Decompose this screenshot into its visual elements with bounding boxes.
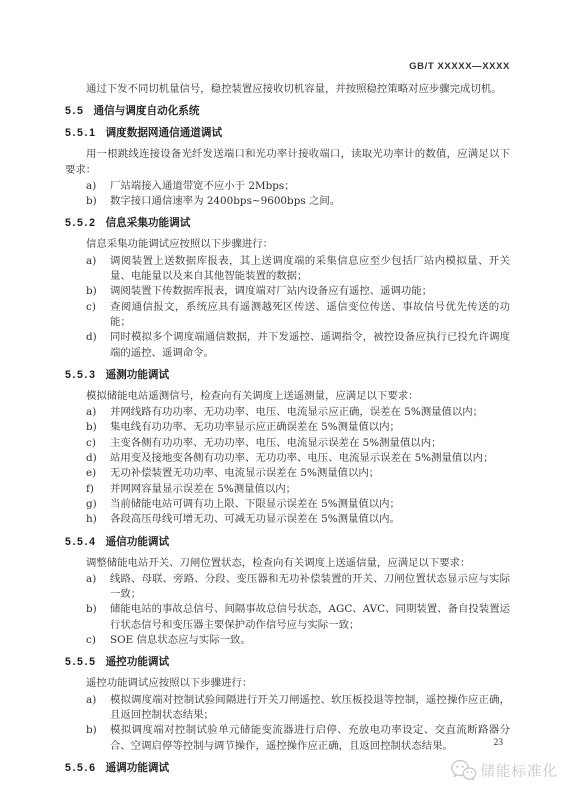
- list-item-label: b): [86, 723, 110, 754]
- list-item: a)调阅装置上送数据库报表，其上送调度端的采集信息应至少包括厂站内模拟量、开关量…: [65, 254, 510, 285]
- section-paragraph: 遥控功能调试应按照以下步骤进行：: [65, 676, 510, 691]
- page-number: 23: [494, 738, 504, 748]
- section-number: 5.5.2: [65, 217, 97, 229]
- section-heading-5.5.3: 5.5.3遥测功能调试: [65, 368, 510, 383]
- list-item-label: c): [86, 436, 110, 451]
- section-number: 5.5.1: [65, 127, 97, 139]
- list-item-text: SOE 信息状态应与实际一致。: [110, 633, 510, 648]
- list-item: a)线路、母联、旁路、分段、变压器和无功补偿装置的开关、刀闸位置状态显示应与实际…: [65, 572, 510, 603]
- list-item-text: 集电线有功功率、无功功率显示应正确误差在 5%测量值以内；: [110, 420, 510, 435]
- list-item-text: 查阅通信报文，系统应具有遥测越死区传送、遥信变位传送、事故信号优先传送的功能；: [110, 300, 510, 331]
- list-item-label: c): [86, 300, 110, 331]
- section-heading-5.5.2: 5.5.2信息采集功能调试: [65, 216, 510, 231]
- section-paragraph: 用一根跳线连接设备光纤发送端口和光功率计接收端口，读取光功率计的数值，应满足以下…: [65, 147, 510, 178]
- section-title: 调度数据网通信通道调试: [106, 127, 223, 139]
- list-item: a)模拟调度端对控制试验间隔进行开关刀闸遥控、软压板投退等控制，遥控操作应正确，…: [65, 693, 510, 724]
- section-heading-5.5.1: 5.5.1调度数据网通信通道调试: [65, 126, 510, 141]
- section-number: 5.5: [65, 105, 85, 117]
- list-item-label: a): [86, 693, 110, 724]
- section-number: 5.5.6: [65, 762, 97, 774]
- list-item-text: 无功补偿装置无功功率、电流显示误差在 5%测量值以内；: [110, 466, 510, 481]
- list-item: b)储能电站的事故总信号、间隔事故总信号状态，AGC、AVC、同期装置、备自投装…: [65, 602, 510, 633]
- list-item-text: 调阅装置上送数据库报表，其上送调度端的采集信息应至少包括厂站内模拟量、开关量、电…: [110, 254, 510, 285]
- list-item: b)调阅装置下传数据库报表，调度端对厂站内设备应有遥控、遥调功能；: [65, 284, 510, 299]
- list-item-text: 主变各侧有功功率、无功功率、电压、电流显示误差在 5%测量值以内；: [110, 436, 510, 451]
- section-heading-5.5: 5.5通信与调度自动化系统: [65, 104, 510, 119]
- list-item-text: 模拟调度端对控制试验单元储能变流器进行启停、充放电功率设定、交直流断路器分合、空…: [110, 723, 510, 754]
- list-item-label: d): [86, 330, 110, 361]
- section-title: 遥测功能调试: [106, 369, 170, 381]
- list-item-label: d): [86, 451, 110, 466]
- list-item: c)主变各侧有功功率、无功功率、电压、电流显示误差在 5%测量值以内；: [65, 436, 510, 451]
- list-item: f)并网网容量显示误差在 5%测量值以内；: [65, 482, 510, 497]
- list-item-label: h): [86, 512, 110, 527]
- section-heading-5.5.5: 5.5.5遥控功能调试: [65, 655, 510, 670]
- section-number: 5.5.4: [65, 536, 97, 548]
- list-item-label: a): [86, 572, 110, 603]
- list-item-text: 并网线路有功功率、无功功率、电压、电流显示应正确，误差在 5%测量值以内；: [110, 405, 510, 420]
- document-body: 5.5通信与调度自动化系统5.5.1调度数据网通信通道调试用一根跳线连接设备光纤…: [65, 104, 510, 776]
- list-item-text: 同时模拟多个调度端通信数据，并下发遥控、遥调指令，被控设备应执行已投允许调度端的…: [110, 330, 510, 361]
- document-content: GB/T XXXXX—XXXX 通过下发不同切机量信号，稳控装置应接收切机容量，…: [65, 60, 510, 782]
- list-item-label: a): [86, 405, 110, 420]
- section-number: 5.5.3: [65, 369, 97, 381]
- section-title: 信息采集功能调试: [106, 217, 191, 229]
- list-item-text: 数字接口通信速率为 2400bps~9600bps 之间。: [110, 194, 510, 209]
- section-paragraph: 模拟储能电站遥测信号，检查向有关调度上送遥测量，应满足以下要求：: [65, 389, 510, 404]
- list-item-label: b): [86, 602, 110, 633]
- section-number: 5.5.5: [65, 656, 97, 668]
- watermark-label: 储能标准化: [481, 760, 559, 781]
- list-item-text: 储能电站的事故总信号、间隔事故总信号状态，AGC、AVC、同期装置、备自投装置运…: [110, 602, 510, 633]
- watermark: 储能标准化: [450, 759, 559, 782]
- list-item-text: 站用变及接地变各侧有功功率、无功功率、电压、电流显示误差在 5%测量值以内；: [110, 451, 510, 466]
- list-item-text: 各段高压母线可增无功、可减无功显示误差在 5%测量值以内。: [110, 512, 510, 527]
- section-heading-5.5.4: 5.5.4遥信功能调试: [65, 535, 510, 550]
- list-item-label: b): [86, 194, 110, 209]
- list-item: d)站用变及接地变各侧有功功率、无功功率、电压、电流显示误差在 5%测量值以内；: [65, 451, 510, 466]
- list-item-label: a): [86, 254, 110, 285]
- section-heading-5.5.6: 5.5.6遥调功能调试: [65, 761, 510, 776]
- list-item: b)模拟调度端对控制试验单元储能变流器进行启停、充放电功率设定、交直流断路器分合…: [65, 723, 510, 754]
- list-item-label: b): [86, 284, 110, 299]
- section-title: 遥控功能调试: [106, 656, 170, 668]
- list-item-text: 并网网容量显示误差在 5%测量值以内；: [110, 482, 510, 497]
- list-item: e)无功补偿装置无功功率、电流显示误差在 5%测量值以内；: [65, 466, 510, 481]
- list-item: g)当前储能电站可调有功上限、下限显示误差在 5%测量值以内；: [65, 497, 510, 512]
- document-page: GB/T XXXXX—XXXX 通过下发不同切机量信号，稳控装置应接收切机容量，…: [0, 0, 565, 800]
- list-item: a)并网线路有功功率、无功功率、电压、电流显示应正确，误差在 5%测量值以内；: [65, 405, 510, 420]
- section-title: 遥调功能调试: [106, 762, 170, 774]
- list-item: b)集电线有功功率、无功功率显示应正确误差在 5%测量值以内；: [65, 420, 510, 435]
- section-paragraph: 信息采集功能调试应按照以下步骤进行：: [65, 237, 510, 252]
- list-item-label: e): [86, 466, 110, 481]
- list-item: b)数字接口通信速率为 2400bps~9600bps 之间。: [65, 194, 510, 209]
- list-item-label: b): [86, 420, 110, 435]
- intro-paragraph: 通过下发不同切机量信号，稳控装置应接收切机容量，并按照稳控策略对应步骤完成切机。: [65, 82, 510, 97]
- list-item-label: c): [86, 633, 110, 648]
- list-item: d)同时模拟多个调度端通信数据，并下发遥控、遥调指令，被控设备应执行已投允许调度…: [65, 330, 510, 361]
- list-item-label: g): [86, 497, 110, 512]
- list-item: c)SOE 信息状态应与实际一致。: [65, 633, 510, 648]
- list-item: h)各段高压母线可增无功、可减无功显示误差在 5%测量值以内。: [65, 512, 510, 527]
- section-title: 遥信功能调试: [106, 536, 170, 548]
- list-item-text: 线路、母联、旁路、分段、变压器和无功补偿装置的开关、刀闸位置状态显示应与实际一致…: [110, 572, 510, 603]
- doc-number: GB/T XXXXX—XXXX: [65, 60, 510, 73]
- list-item-text: 当前储能电站可调有功上限、下限显示误差在 5%测量值以内；: [110, 497, 510, 512]
- list-item: c)查阅通信报文，系统应具有遥测越死区传送、遥信变位传送、事故信号优先传送的功能…: [65, 300, 510, 331]
- list-item-text: 厂站端接入通道带宽不应小于 2Mbps；: [110, 179, 510, 194]
- list-item: a)厂站端接入通道带宽不应小于 2Mbps；: [65, 179, 510, 194]
- wechat-icon: [450, 759, 477, 782]
- section-paragraph: 调整储能电站开关、刀闸位置状态，检查向有关调度上送遥信量，应满足以下要求：: [65, 556, 510, 571]
- section-title: 通信与调度自动化系统: [94, 105, 200, 117]
- list-item-label: f): [86, 482, 110, 497]
- list-item-text: 模拟调度端对控制试验间隔进行开关刀闸遥控、软压板投退等控制，遥控操作应正确，且返…: [110, 693, 510, 724]
- list-item-text: 调阅装置下传数据库报表，调度端对厂站内设备应有遥控、遥调功能；: [110, 284, 510, 299]
- list-item-label: a): [86, 179, 110, 194]
